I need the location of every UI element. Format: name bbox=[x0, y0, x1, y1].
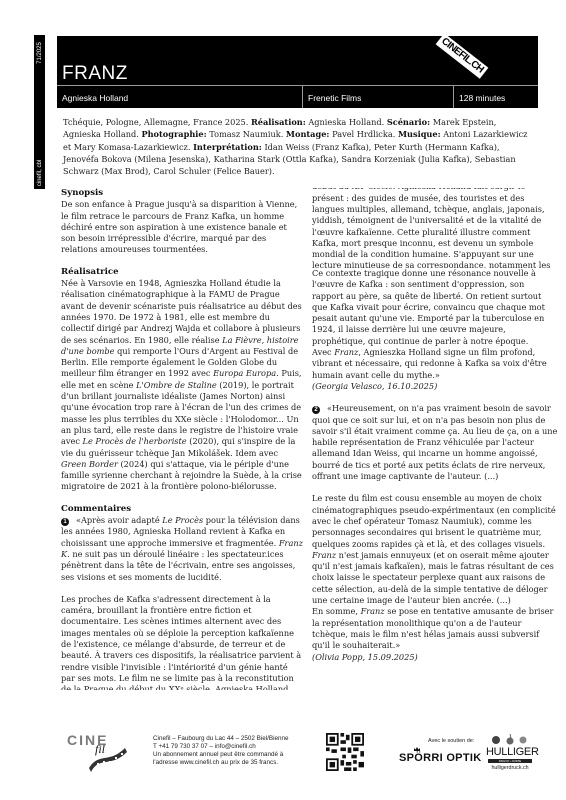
left-column: Synopsis De son enfance à Prague jusqu'à… bbox=[61, 188, 303, 690]
credit-label-realisation: Réalisation: bbox=[251, 117, 306, 127]
director-heading: Réalisatrice bbox=[61, 267, 303, 278]
logo-fil-text: fil bbox=[95, 742, 105, 757]
credit-value-montage: Pavel Hrdlicka. bbox=[332, 129, 395, 139]
credit-value-realisation: Agnieska Holland. bbox=[308, 117, 384, 127]
review-1-continued: Les proches de Kafka s'adressent directe… bbox=[312, 188, 558, 268]
review-2-attribution: (Olivia Popp, 15.09.2025) bbox=[312, 652, 558, 663]
film-title: FRANZ bbox=[62, 63, 128, 85]
ink-splash-icon bbox=[490, 734, 530, 746]
sponsor-hulliger: HULLIGER DRUCK • KOPIE hulligerdruck.ch bbox=[486, 734, 534, 776]
footer: CINE fil Cinefil – Faubourg du Lac 44 – … bbox=[0, 728, 566, 788]
review-1-conclusion: Avec Franz, Agnieszka Holland signe un f… bbox=[312, 347, 558, 381]
film-title-green-border: Green Border bbox=[61, 459, 118, 469]
review-2-conclusion: En somme, Franz se pose en tentative amu… bbox=[312, 606, 558, 651]
crown-icon bbox=[414, 747, 420, 751]
credits-origin: Tchéquie, Pologne, Allemagne, France 202… bbox=[63, 117, 248, 127]
side-strip: 71/2025 cinefil, cbl bbox=[34, 35, 45, 189]
review-1-context: Ce contexte tragique donne une résonance… bbox=[312, 268, 558, 347]
credit-label-photographie: Photographie: bbox=[141, 129, 206, 139]
review-number-2-icon: 2 bbox=[312, 406, 320, 414]
synopsis-heading: Synopsis bbox=[61, 188, 303, 199]
subscription-line-2: l'adresse www.cinefil.ch au prix de 35 f… bbox=[153, 759, 303, 767]
issue-number: 71/2025 bbox=[37, 42, 43, 64]
subscription-line-1: Un abonnement annuel peut être commandé … bbox=[153, 751, 303, 759]
credit-label-interpretation: Interprétation: bbox=[193, 142, 262, 152]
distributor-name: Frenetic Films bbox=[303, 86, 454, 108]
film-title-europa: Europa Europa bbox=[213, 368, 276, 378]
director-name: Agnieska Holland bbox=[57, 86, 303, 108]
sponsor-sporri-optik: SPÖRRI OPTIK bbox=[399, 752, 481, 764]
contact-address: Cinefil – Faubourg du Lac 44 – 2502 Biel… bbox=[153, 735, 303, 743]
review-2-body: Le reste du film est cousu ensemble au m… bbox=[312, 493, 558, 606]
contact-phone-email: T +41 79 730 37 07 – info@cinefil.ch bbox=[153, 743, 303, 751]
credit-label-scenario: Scénario: bbox=[387, 117, 430, 127]
commentaires-heading: Commentaires bbox=[61, 504, 303, 515]
film-title-ombre: L'Ombre de Staline bbox=[136, 380, 217, 390]
photo-credit: cinefil, cbl bbox=[37, 160, 43, 186]
credit-value-photographie: Tomasz Naumiuk. bbox=[209, 129, 283, 139]
film-credits: Tchéquie, Pologne, Allemagne, France 202… bbox=[63, 116, 533, 177]
film-header: FRANZ CINEFIL.CH Agnieska Holland Frenet… bbox=[57, 36, 538, 108]
hulliger-tagline: DRUCK • KOPIE bbox=[488, 759, 532, 763]
footer-contact: Cinefil – Faubourg du Lac 44 – 2502 Biel… bbox=[153, 735, 303, 767]
cinefil-sticker: CINEFIL.CH bbox=[436, 33, 489, 79]
review-1-attribution: (Georgia Velasco, 16.10.2025) bbox=[312, 381, 558, 392]
hulliger-url: hulligerdruck.ch bbox=[486, 765, 534, 771]
film-title-herboriste: Le Procès de l'herboriste bbox=[83, 436, 187, 446]
review-number-1-icon: 1 bbox=[61, 518, 69, 526]
film-meta-row: Agnieska Holland Frenetic Films 128 minu… bbox=[57, 85, 538, 108]
right-column: Les proches de Kafka s'adressent directe… bbox=[312, 188, 558, 663]
credit-label-montage: Montage: bbox=[286, 129, 330, 139]
cinefil-logo: CINE fil bbox=[67, 732, 127, 778]
credit-label-musique: Musique: bbox=[398, 129, 441, 139]
synopsis-text: De son enfance à Prague jusqu'à sa dispa… bbox=[61, 199, 303, 255]
director-bio-text: Née à Varsovie en 1948, Agnieszka Hollan… bbox=[61, 278, 303, 493]
review-1-intro: 1«Après avoir adapté Le Procès pour la t… bbox=[61, 515, 303, 583]
film-duration: 128 minutes bbox=[454, 86, 538, 108]
qr-code-icon[interactable] bbox=[326, 733, 364, 771]
support-label: Avec le soutien de: bbox=[428, 738, 474, 744]
hulliger-wordmark: HULLIGER bbox=[486, 746, 534, 758]
review-1-body: Les proches de Kafka s'adressent directe… bbox=[61, 594, 303, 690]
review-2-intro: 2«Heureusement, on n'a pas vraiment beso… bbox=[312, 403, 558, 482]
